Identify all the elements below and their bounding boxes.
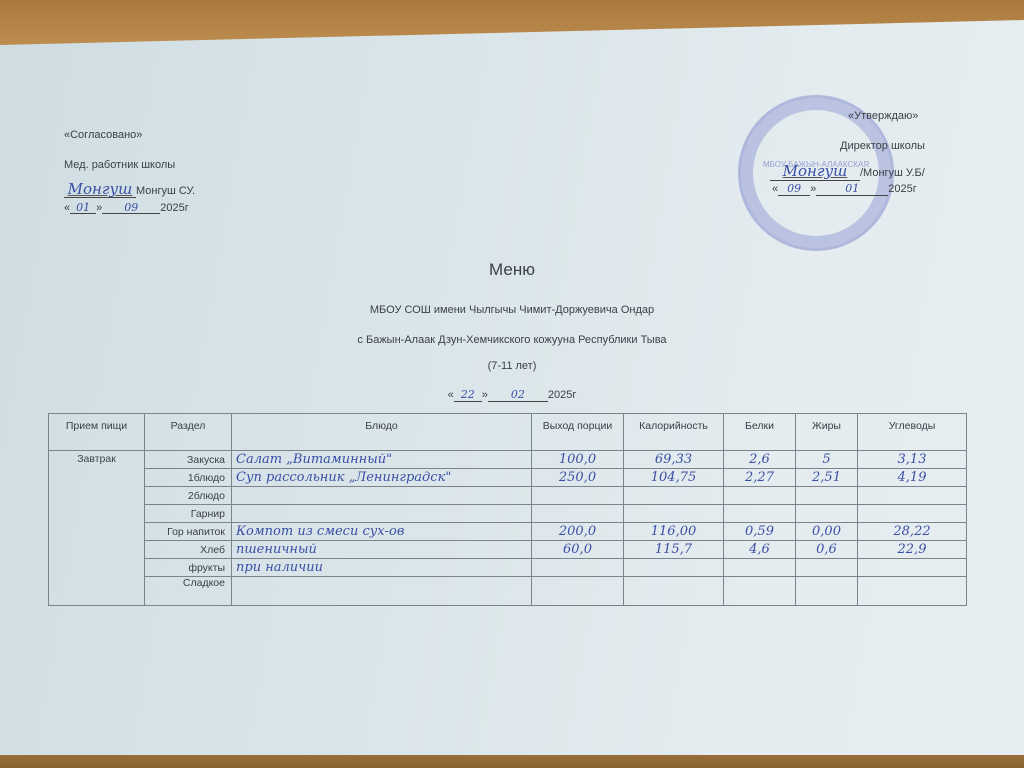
- approver-name: /Монгуш У.Б/: [860, 167, 925, 179]
- portion-cell: [532, 559, 624, 577]
- column-header: Белки: [724, 414, 796, 451]
- section-cell: 2блюдо: [145, 487, 232, 505]
- dish-cell: [232, 487, 532, 505]
- carbs-cell: 28,22: [858, 523, 967, 541]
- portion-cell: 200,0: [532, 523, 624, 541]
- protein-cell: [724, 577, 796, 606]
- table-header-row: Прием пищи Раздел Блюдо Выход порции Кал…: [49, 414, 967, 451]
- column-header: Прием пищи: [49, 414, 145, 451]
- portion-cell: [532, 577, 624, 606]
- section-cell: Закуска: [145, 451, 232, 469]
- column-header: Блюдо: [232, 414, 532, 451]
- calories-cell: [624, 559, 724, 577]
- portion-cell: 60,0: [532, 541, 624, 559]
- signature: Монгуш: [64, 182, 136, 198]
- section-cell: Гор напиток: [145, 523, 232, 541]
- table-row: фруктыпри наличии: [49, 559, 967, 577]
- column-header: Раздел: [145, 414, 232, 451]
- column-header: Выход порции: [532, 414, 624, 451]
- approval-heading: «Согласовано»: [64, 130, 142, 141]
- table-row: Гарнир: [49, 505, 967, 523]
- menu-date: «22»022025г: [0, 388, 1024, 402]
- dish-cell: [232, 505, 532, 523]
- dish-cell: Компот из смеси сух-ов: [232, 523, 532, 541]
- fat-cell: [796, 505, 858, 523]
- fat-cell: [796, 577, 858, 606]
- dish-cell: Суп рассольник „Ленинградск": [232, 469, 532, 487]
- approval-heading: «Утверждаю»: [848, 110, 918, 122]
- table-row: Сладкое: [49, 577, 967, 606]
- column-header: Калорийность: [624, 414, 724, 451]
- table-row: Гор напитокКомпот из смеси сух-ов200,011…: [49, 523, 967, 541]
- date-month: 09: [102, 202, 160, 214]
- carbs-cell: 3,13: [858, 451, 967, 469]
- approver-name: Монгуш СУ.: [136, 185, 195, 197]
- menu-table: Прием пищи Раздел Блюдо Выход порции Кал…: [48, 413, 967, 606]
- school-location: с Бажын-Алаак Дзун-Хемчикского кожууна Р…: [0, 334, 1024, 346]
- section-cell: Сладкое: [145, 577, 232, 606]
- calories-cell: 115,7: [624, 541, 724, 559]
- section-cell: 1блюдо: [145, 469, 232, 487]
- protein-cell: [724, 559, 796, 577]
- carbs-cell: [858, 559, 967, 577]
- school-name: МБОУ СОШ имени Чылгычы Чимит-Доржуевича …: [0, 304, 1024, 316]
- age-group: (7-11 лет): [0, 360, 1024, 372]
- fat-cell: [796, 559, 858, 577]
- calories-cell: 116,00: [624, 523, 724, 541]
- approval-position: Директор школы: [840, 140, 925, 152]
- date-month: 01: [816, 182, 888, 196]
- dish-cell: Салат „Витаминный": [232, 451, 532, 469]
- fat-cell: 0,6: [796, 541, 858, 559]
- fat-cell: 5: [796, 451, 858, 469]
- signature: Монгуш: [770, 162, 860, 181]
- table-row: ЗавтракЗакускаСалат „Витаминный"100,069,…: [49, 451, 967, 469]
- portion-cell: 250,0: [532, 469, 624, 487]
- meal-cell: Завтрак: [49, 451, 145, 606]
- table-row: 1блюдоСуп рассольник „Ленинградск"250,01…: [49, 469, 967, 487]
- portion-cell: 100,0: [532, 451, 624, 469]
- section-cell: фрукты: [145, 559, 232, 577]
- carbs-cell: 22,9: [858, 541, 967, 559]
- portion-cell: [532, 505, 624, 523]
- dish-cell: при наличии: [232, 559, 532, 577]
- carbs-cell: [858, 487, 967, 505]
- carbs-cell: 4,19: [858, 469, 967, 487]
- protein-cell: [724, 505, 796, 523]
- date-day: 01: [70, 202, 96, 214]
- fat-cell: 2,51: [796, 469, 858, 487]
- calories-cell: [624, 577, 724, 606]
- protein-cell: 4,6: [724, 541, 796, 559]
- protein-cell: 0,59: [724, 523, 796, 541]
- document-title: Меню: [0, 260, 1024, 280]
- dish-cell: пшеничный: [232, 541, 532, 559]
- protein-cell: [724, 487, 796, 505]
- menu-document: «Согласовано» Мед. работник школы Монгуш…: [0, 20, 1024, 755]
- portion-cell: [532, 487, 624, 505]
- carbs-cell: [858, 577, 967, 606]
- approval-position: Мед. работник школы: [64, 160, 175, 171]
- protein-cell: 2,6: [724, 451, 796, 469]
- date-year: 2025г: [888, 183, 916, 195]
- table-row: 2блюдо: [49, 487, 967, 505]
- column-header: Углеводы: [858, 414, 967, 451]
- section-cell: Хлеб: [145, 541, 232, 559]
- carbs-cell: [858, 505, 967, 523]
- calories-cell: [624, 487, 724, 505]
- column-header: Жиры: [796, 414, 858, 451]
- calories-cell: 104,75: [624, 469, 724, 487]
- fat-cell: 0,00: [796, 523, 858, 541]
- protein-cell: 2,27: [724, 469, 796, 487]
- fat-cell: [796, 487, 858, 505]
- calories-cell: [624, 505, 724, 523]
- date-year: 2025г: [160, 202, 188, 214]
- dish-cell: [232, 577, 532, 606]
- date-day: 09: [778, 182, 810, 196]
- section-cell: Гарнир: [145, 505, 232, 523]
- calories-cell: 69,33: [624, 451, 724, 469]
- table-row: Хлебпшеничный60,0115,74,60,622,9: [49, 541, 967, 559]
